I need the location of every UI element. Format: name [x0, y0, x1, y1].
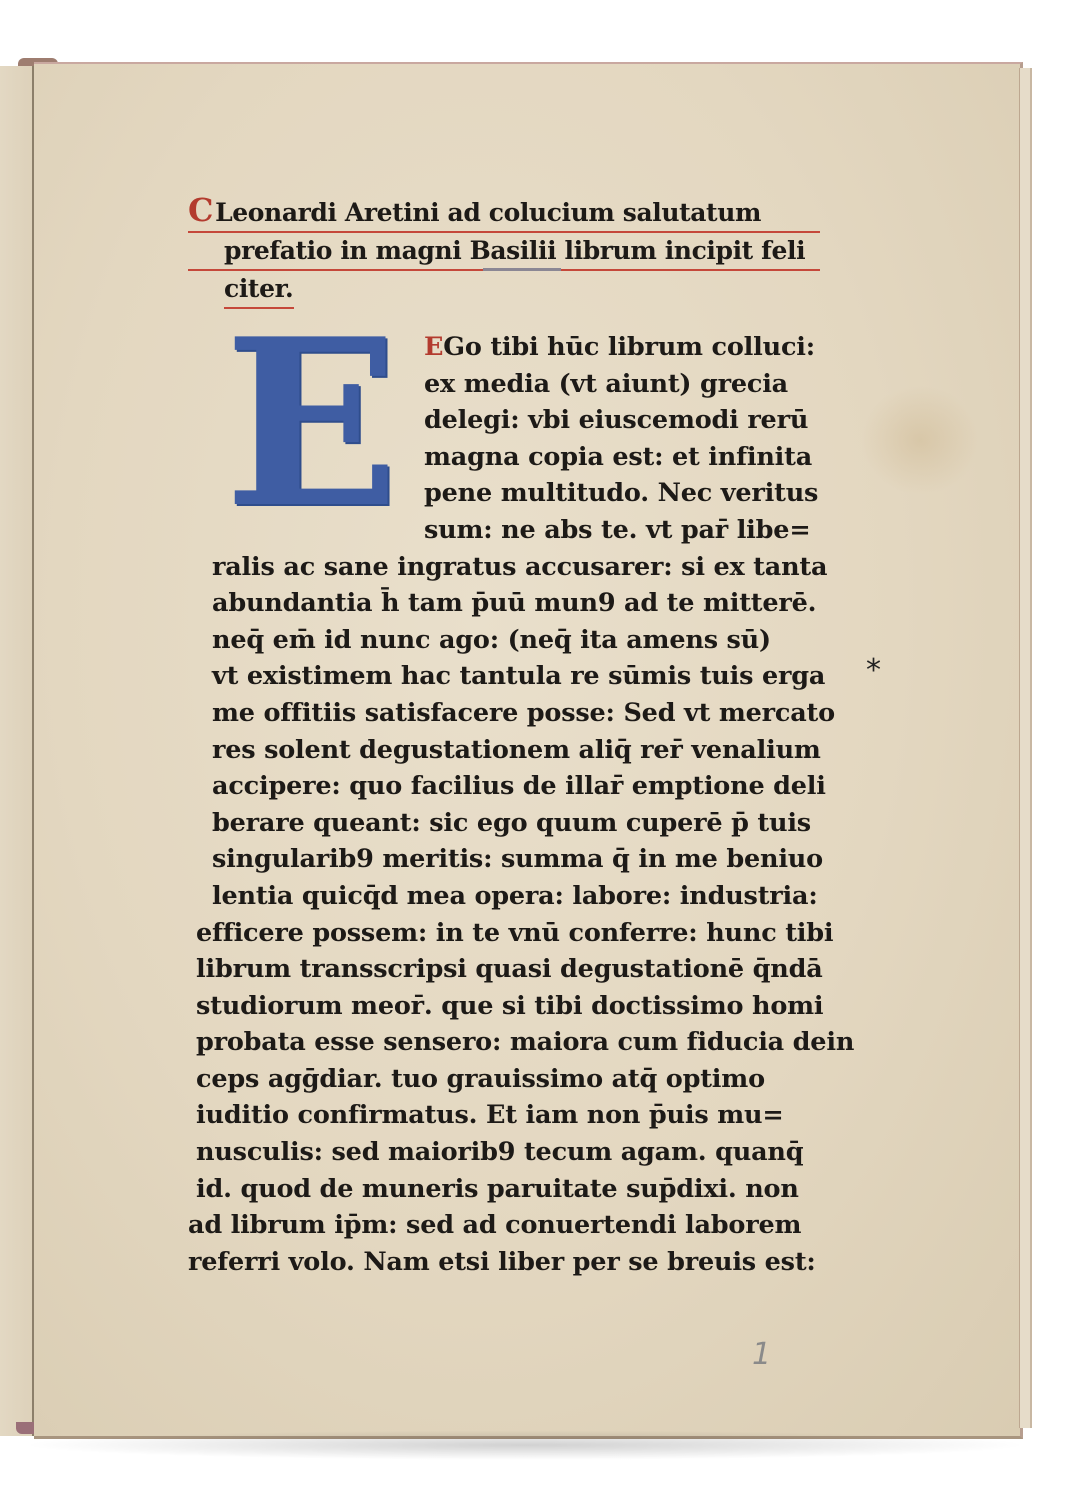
heading-line-1: CLeonardi Aretini ad colucium salutatum — [188, 192, 820, 233]
text-line: me offitiis satisfacere posse: Sed vt me… — [188, 695, 828, 732]
text-line: ad librum ip̄m: sed ad conuertendi labor… — [188, 1207, 828, 1244]
heading-line-2: prefatio in magni Basilii librum incipit… — [188, 233, 820, 271]
text-line: abundantia h̄ tam p̄uū mun9 ad te mitter… — [188, 585, 828, 622]
text-line: ceps agḡdiar. tuo grauissimo atq̄ optimo — [188, 1061, 828, 1098]
book-shadow — [20, 1430, 1030, 1460]
text-block: CLeonardi Aretini ad colucium salutatum … — [188, 192, 828, 1280]
text-line: vt existimem hac tantula re sūmis tuis e… — [188, 658, 828, 695]
text-line: singularib9 meritis: summa q̄ in me beni… — [188, 841, 828, 878]
left-page-edge — [0, 66, 34, 1436]
decorated-initial-e: E — [224, 329, 404, 524]
text-line: nusculis: sed maiorib9 tecum agam. quanq… — [188, 1134, 828, 1171]
heading-rule — [483, 268, 561, 271]
text-line: id. quod de muneris paruitate sup̄dixi. … — [188, 1171, 828, 1208]
text-line: studiorum meor̄. que si tibi doctissimo … — [188, 988, 828, 1025]
text-line: referri volo. Nam etsi liber per se breu… — [188, 1244, 828, 1281]
text-line: efficere possem: in te vnū conferre: hun… — [188, 915, 828, 952]
text-line: iuditio confirmatus. Et iam non p̄uis mu… — [188, 1097, 828, 1134]
text-line: librum transscripsi quasi degustationē q… — [188, 951, 828, 988]
text-line: accipere: quo facilius de illar̄ emption… — [188, 768, 828, 805]
pencil-numeral: 1 — [752, 1340, 771, 1370]
text-line: res solent degustationem aliq̄ rer̄ vena… — [188, 732, 828, 769]
foxing-stain — [860, 385, 980, 495]
text-line: neq̄ em̄ id nunc ago: (neq̄ ita amens sū… — [188, 622, 828, 659]
text-line: probata esse sensero: maiora cum fiducia… — [188, 1024, 828, 1061]
text-line: berare queant: sic ego quum cuperē p̄ tu… — [188, 805, 828, 842]
body-text: E EGo tibi hūc librum colluci: ex media … — [188, 329, 828, 1280]
page-fore-edge — [1019, 68, 1032, 1428]
margin-asterisk: * — [866, 656, 881, 686]
red-initial: C — [188, 192, 213, 228]
text-line: lentia quicq̄d mea opera: labore: indust… — [188, 878, 828, 915]
